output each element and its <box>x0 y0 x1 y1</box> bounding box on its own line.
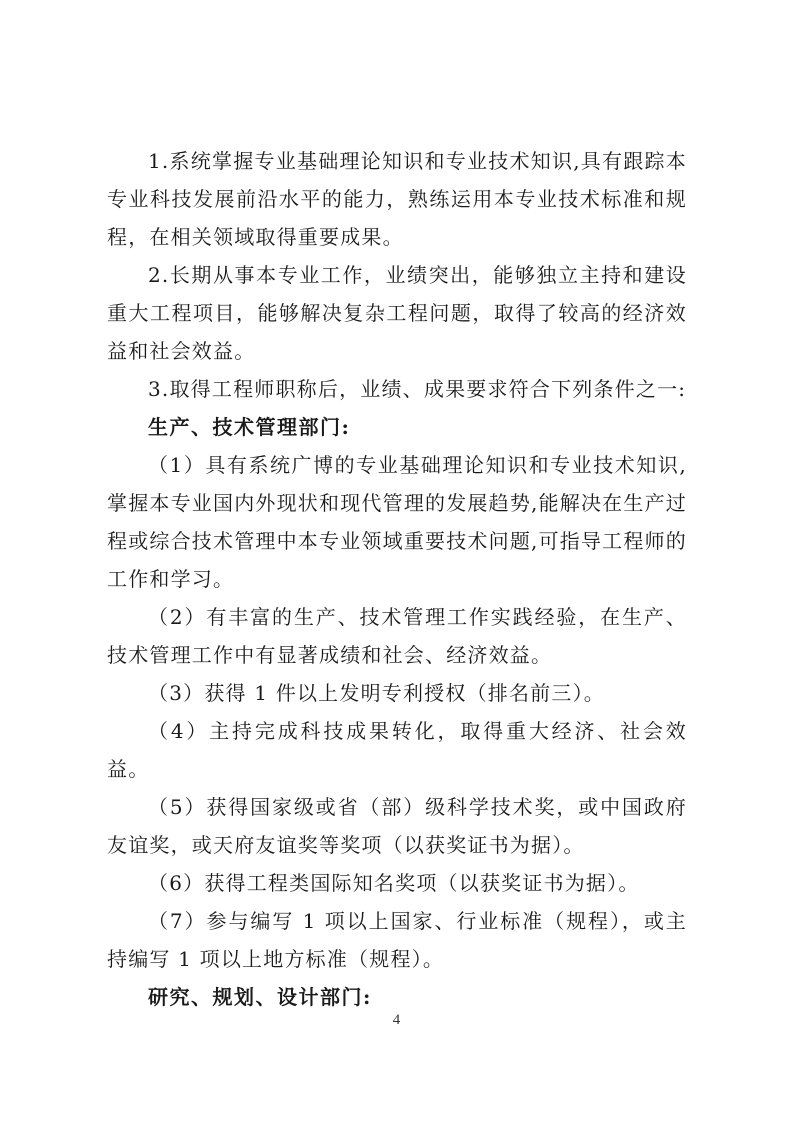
condition-7: （7）参与编写 1 项以上国家、行业标准（规程），或主持编写 1 项以上地方标准… <box>107 902 687 978</box>
document-body: 1.系统掌握专业基础理论知识和专业技术知识,具有跟踪本专业科技发展前沿水平的能力… <box>107 142 687 1016</box>
condition-4: （4）主持完成科技成果转化，取得重大经济、社会效益。 <box>107 712 687 788</box>
condition-3: （3）获得 1 件以上发明专利授权（排名前三）。 <box>107 674 687 712</box>
paragraph-item-1-knowledge: 1.系统掌握专业基础理论知识和专业技术知识,具有跟踪本专业科技发展前沿水平的能力… <box>107 142 687 256</box>
condition-6: （6）获得工程类国际知名奖项（以获奖证书为据）。 <box>107 864 687 902</box>
condition-2: （2）有丰富的生产、技术管理工作实践经验，在生产、技术管理工作中有显著成绩和社会… <box>107 598 687 674</box>
paragraph-item-3-conditions: 3.取得工程师职称后，业绩、成果要求符合下列条件之一: <box>107 370 687 408</box>
condition-1: （1）具有系统广博的专业基础理论知识和专业技术知识,掌握本专业国内外现状和现代管… <box>107 446 687 598</box>
section-heading-production: 生产、技术管理部门: <box>107 408 687 446</box>
section-heading-research: 研究、规划、设计部门: <box>107 978 687 1016</box>
page-number: 4 <box>0 1012 793 1029</box>
paragraph-item-2-experience: 2.长期从事本专业工作，业绩突出，能够独立主持和建设重大工程项目，能够解决复杂工… <box>107 256 687 370</box>
condition-5: （5）获得国家级或省（部）级科学技术奖，或中国政府友谊奖，或天府友谊奖等奖项（以… <box>107 788 687 864</box>
